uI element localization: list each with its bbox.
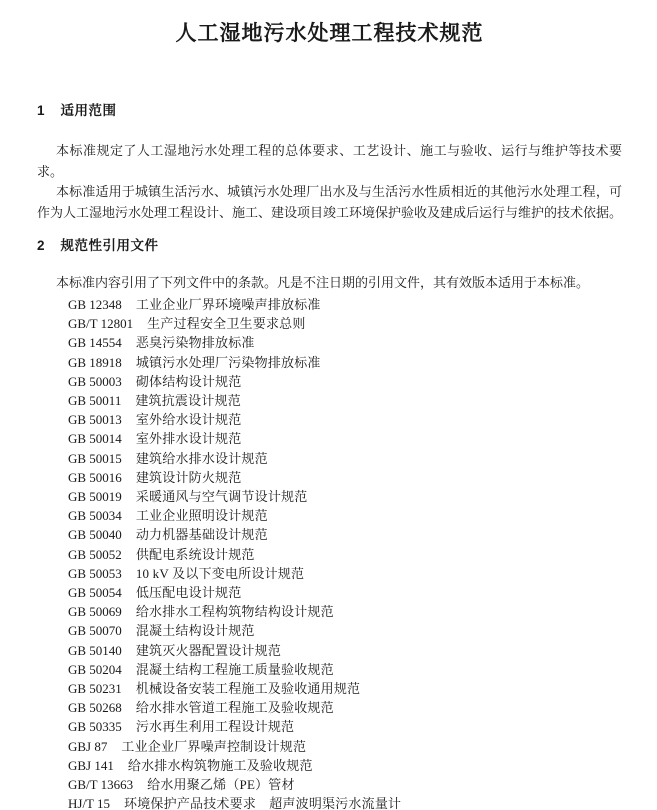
reference-code: GB 50053 bbox=[68, 566, 122, 581]
reference-code: GB 50335 bbox=[68, 719, 122, 734]
reference-item: GB 50034工业企业照明设计规范 bbox=[37, 506, 622, 525]
reference-item: GB 50013室外给水设计规范 bbox=[37, 410, 622, 429]
reference-item: GB 50014室外排水设计规范 bbox=[37, 429, 622, 448]
reference-code: GB/T 12801 bbox=[68, 316, 133, 331]
reference-title: 混凝土结构设计规范 bbox=[136, 623, 255, 638]
reference-title: 机械设备安装工程施工及验收通用规范 bbox=[136, 681, 360, 696]
reference-item: GBJ 141给水排水构筑物施工及验收规范 bbox=[37, 756, 622, 775]
reference-title: 建筑设计防火规范 bbox=[136, 470, 242, 485]
reference-code: HJ/T 15 bbox=[68, 796, 110, 810]
section-1-label: 适用范围 bbox=[61, 103, 117, 118]
reference-code: GB 50014 bbox=[68, 431, 122, 446]
reference-item: GB 50011建筑抗震设计规范 bbox=[37, 391, 622, 410]
reference-title: 建筑抗震设计规范 bbox=[135, 393, 241, 408]
reference-code: GB 50052 bbox=[68, 547, 122, 562]
reference-code: GB 50204 bbox=[68, 662, 122, 677]
reference-title: 建筑给水排水设计规范 bbox=[136, 451, 268, 466]
reference-code: GB 50016 bbox=[68, 470, 122, 485]
reference-code: GB 50070 bbox=[68, 623, 122, 638]
reference-code: GB 50069 bbox=[68, 604, 122, 619]
section-2-label: 规范性引用文件 bbox=[61, 238, 159, 253]
reference-item: GB 50015建筑给水排水设计规范 bbox=[37, 449, 622, 468]
reference-item: GB 50204混凝土结构工程施工质量验收规范 bbox=[37, 660, 622, 679]
reference-list: GB 12348工业企业厂界环境噪声排放标准GB/T 12801生产过程安全卫生… bbox=[37, 295, 622, 810]
section-2-number: 2 bbox=[37, 238, 45, 253]
reference-item: GBJ 87工业企业厂界噪声控制设计规范 bbox=[37, 737, 622, 756]
reference-item: GB 50268给水排水管道工程施工及验收规范 bbox=[37, 698, 622, 717]
reference-item: GB 12348工业企业厂界环境噪声排放标准 bbox=[37, 295, 622, 314]
reference-title: 工业企业照明设计规范 bbox=[136, 508, 268, 523]
reference-item: GB 50054低压配电设计规范 bbox=[37, 583, 622, 602]
reference-code: GB 50268 bbox=[68, 700, 122, 715]
reference-item: GB 18918城镇污水处理厂污染物排放标准 bbox=[37, 353, 622, 372]
document-page: 人工湿地污水处理工程技术规范 1适用范围 本标准规定了人工湿地污水处理工程的总体… bbox=[0, 0, 657, 810]
reference-item: GB 50019采暖通风与空气调节设计规范 bbox=[37, 487, 622, 506]
reference-item: GB 50335污水再生利用工程设计规范 bbox=[37, 717, 622, 736]
reference-item: GB 50016建筑设计防火规范 bbox=[37, 468, 622, 487]
reference-code: GBJ 141 bbox=[68, 758, 114, 773]
reference-item: GB 50069给水排水工程构筑物结构设计规范 bbox=[37, 602, 622, 621]
reference-title: 室外给水设计规范 bbox=[136, 412, 242, 427]
reference-title: 给水排水构筑物施工及验收规范 bbox=[128, 758, 313, 773]
document-content: 人工湿地污水处理工程技术规范 1适用范围 本标准规定了人工湿地污水处理工程的总体… bbox=[37, 0, 622, 810]
reference-code: GB 50003 bbox=[68, 374, 122, 389]
reference-code: GB 14554 bbox=[68, 335, 122, 350]
reference-item: GB/T 13663给水用聚乙烯（PE）管材 bbox=[37, 775, 622, 794]
paragraph: 本标准内容引用了下列文件中的条款。凡是不注日期的引用文件，其有效版本适用于本标准… bbox=[37, 273, 622, 292]
reference-code: GB 18918 bbox=[68, 355, 122, 370]
reference-title: 建筑灭火器配置设计规范 bbox=[136, 643, 281, 658]
reference-item: GB 50040动力机器基础设计规范 bbox=[37, 525, 622, 544]
reference-item: HJ/T 15环境保护产品技术要求 超声波明渠污水流量计 bbox=[37, 794, 622, 810]
paragraph: 本标准适用于城镇生活污水、城镇污水处理厂出水及与生活污水性质相近的其他污水处理工… bbox=[37, 182, 622, 223]
reference-code: GB 50019 bbox=[68, 489, 122, 504]
reference-code: GBJ 87 bbox=[68, 739, 107, 754]
reference-item: GB 14554恶臭污染物排放标准 bbox=[37, 333, 622, 352]
reference-code: GB 50013 bbox=[68, 412, 122, 427]
reference-title: 砌体结构设计规范 bbox=[136, 374, 242, 389]
reference-title: 给水排水工程构筑物结构设计规范 bbox=[136, 604, 334, 619]
reference-code: GB 50011 bbox=[68, 393, 121, 408]
section-1-number: 1 bbox=[37, 103, 45, 118]
reference-code: GB 50054 bbox=[68, 585, 122, 600]
section-2-heading: 2规范性引用文件 bbox=[37, 238, 622, 253]
reference-title: 给水排水管道工程施工及验收规范 bbox=[136, 700, 334, 715]
reference-title: 供配电系统设计规范 bbox=[136, 547, 255, 562]
reference-title: 生产过程安全卫生要求总则 bbox=[147, 316, 305, 331]
reference-title: 城镇污水处理厂污染物排放标准 bbox=[136, 355, 321, 370]
reference-title: 污水再生利用工程设计规范 bbox=[136, 719, 294, 734]
reference-title: 恶臭污染物排放标准 bbox=[136, 335, 255, 350]
reference-code: GB 50015 bbox=[68, 451, 122, 466]
reference-title: 动力机器基础设计规范 bbox=[136, 527, 268, 542]
reference-item: GB 50140建筑灭火器配置设计规范 bbox=[37, 641, 622, 660]
reference-item: GB 5005310 kV 及以下变电所设计规范 bbox=[37, 564, 622, 583]
reference-title: 工业企业厂界环境噪声排放标准 bbox=[136, 297, 321, 312]
reference-code: GB 12348 bbox=[68, 297, 122, 312]
reference-item: GB 50070混凝土结构设计规范 bbox=[37, 621, 622, 640]
reference-title: 低压配电设计规范 bbox=[136, 585, 242, 600]
reference-title: 混凝土结构工程施工质量验收规范 bbox=[136, 662, 334, 677]
reference-item: GB 50231机械设备安装工程施工及验收通用规范 bbox=[37, 679, 622, 698]
reference-code: GB 50231 bbox=[68, 681, 122, 696]
reference-code: GB 50034 bbox=[68, 508, 122, 523]
reference-item: GB 50003砌体结构设计规范 bbox=[37, 372, 622, 391]
reference-title: 采暖通风与空气调节设计规范 bbox=[136, 489, 308, 504]
reference-code: GB 50140 bbox=[68, 643, 122, 658]
reference-item: GB 50052供配电系统设计规范 bbox=[37, 545, 622, 564]
reference-item: GB/T 12801生产过程安全卫生要求总则 bbox=[37, 314, 622, 333]
reference-code: GB 50040 bbox=[68, 527, 122, 542]
reference-title: 室外排水设计规范 bbox=[136, 431, 242, 446]
reference-title: 环境保护产品技术要求 超声波明渠污水流量计 bbox=[124, 796, 401, 810]
document-title: 人工湿地污水处理工程技术规范 bbox=[37, 21, 622, 47]
section-1-paragraphs: 本标准规定了人工湿地污水处理工程的总体要求、工艺设计、施工与验收、运行与维护等技… bbox=[37, 141, 622, 223]
reference-title: 给水用聚乙烯（PE）管材 bbox=[147, 777, 295, 792]
paragraph: 本标准规定了人工湿地污水处理工程的总体要求、工艺设计、施工与验收、运行与维护等技… bbox=[37, 141, 622, 182]
reference-title: 10 kV 及以下变电所设计规范 bbox=[136, 566, 304, 581]
section-2-intro: 本标准内容引用了下列文件中的条款。凡是不注日期的引用文件，其有效版本适用于本标准… bbox=[37, 273, 622, 292]
reference-title: 工业企业厂界噪声控制设计规范 bbox=[121, 739, 306, 754]
reference-code: GB/T 13663 bbox=[68, 777, 133, 792]
section-1-heading: 1适用范围 bbox=[37, 103, 622, 118]
